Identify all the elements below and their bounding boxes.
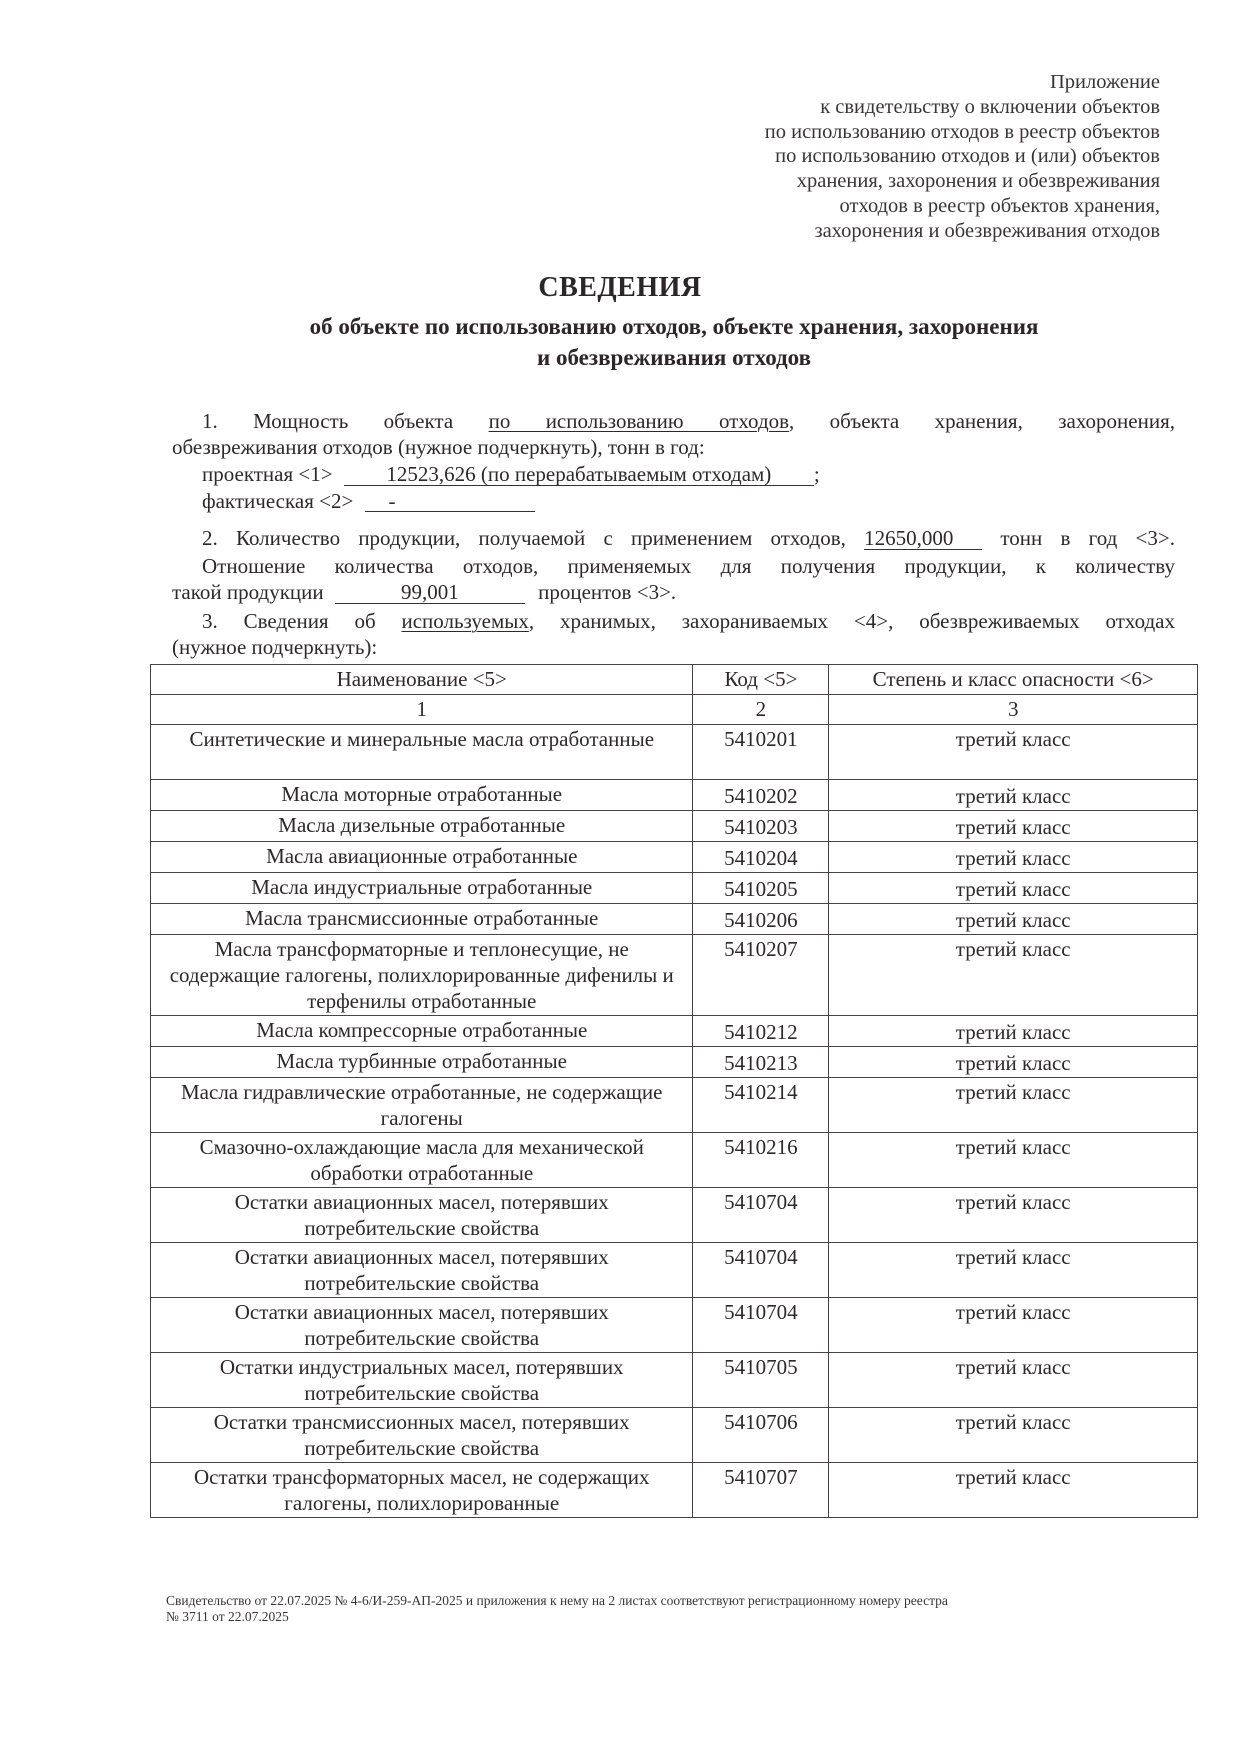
waste-name-cell: Остатки авиационных масел, потерявших по…: [151, 1298, 693, 1353]
waste-name-cell: Масла гидравлические отработанные, не со…: [151, 1078, 693, 1133]
table-row: Масла моторные отработанные5410202третий…: [151, 780, 1198, 811]
design-capacity-label: проектная <1>: [202, 462, 333, 486]
waste-name-cell: Масла трансмиссионные отработанные: [151, 904, 693, 935]
hazard-class-cell: третий класс: [829, 1408, 1198, 1463]
waste-code-cell: 5410201: [693, 725, 829, 780]
hazard-class-cell: третий класс: [829, 1188, 1198, 1243]
table-row: Остатки авиационных масел, потерявших по…: [151, 1298, 1198, 1353]
hazard-class-cell: третий класс: [829, 1047, 1198, 1078]
waste-name-cell: Масла моторные отработанные: [151, 780, 693, 811]
ratio-line1: Отношение количества отходов, применяемы…: [202, 554, 1175, 579]
table-row: Смазочно-охлаждающие масла для механичес…: [151, 1133, 1198, 1188]
table-row: Остатки авиационных масел, потерявших по…: [151, 1188, 1198, 1243]
section2-line1: 2. Количество продукции, получаемой с пр…: [202, 526, 1175, 551]
waste-code-cell: 5410704: [693, 1188, 829, 1243]
product-quantity-value: 12650,000: [864, 526, 953, 550]
hazard-class-cell: третий класс: [829, 1133, 1198, 1188]
hazard-class-cell: третий класс: [829, 725, 1198, 780]
hazard-class-cell: третий класс: [829, 1016, 1198, 1047]
table-row: Остатки индустриальных масел, потерявших…: [151, 1353, 1198, 1408]
waste-name-cell: Остатки трансмиссионных масел, потерявши…: [151, 1408, 693, 1463]
waste-name-cell: Синтетические и минеральные масла отрабо…: [151, 725, 693, 780]
product-quantity-field: 12650,000: [864, 526, 982, 550]
table-row: Остатки трансформаторных масел, не содер…: [151, 1463, 1198, 1518]
design-capacity-line: проектная <1> 12523,626 (по перерабатыва…: [202, 462, 1205, 487]
annex-line: хранения, захоронения и обезвреживания: [765, 169, 1160, 194]
table-header-row: Наименование <5> Код <5> Степень и класс…: [151, 665, 1198, 695]
ratio-field: 99,001: [335, 580, 525, 604]
waste-name-cell: Масла авиационные отработанные: [151, 842, 693, 873]
table-row: Масла компрессорные отработанные5410212т…: [151, 1016, 1198, 1047]
hazard-class-cell: третий класс: [829, 780, 1198, 811]
hazard-class-cell: третий класс: [829, 811, 1198, 842]
waste-code-cell: 5410706: [693, 1408, 829, 1463]
header-hazard: Степень и класс опасности <6>: [829, 665, 1198, 695]
actual-capacity-value: -: [389, 489, 396, 513]
waste-name-cell: Остатки авиационных масел, потерявших по…: [151, 1243, 693, 1298]
document-page: Приложение к свидетельству о включении о…: [0, 0, 1240, 1753]
waste-name-cell: Масла турбинные отработанные: [151, 1047, 693, 1078]
waste-name-cell: Остатки индустриальных масел, потерявших…: [151, 1353, 693, 1408]
design-capacity-end: ;: [814, 462, 820, 486]
waste-code-cell: 5410704: [693, 1243, 829, 1298]
document-title: СВЕДЕНИЯ: [0, 272, 1240, 304]
annex-line: Приложение: [765, 70, 1160, 95]
annex-line: захоронения и обезвреживания отходов: [765, 219, 1160, 244]
hazard-class-cell: третий класс: [829, 1298, 1198, 1353]
waste-code-cell: 5410214: [693, 1078, 829, 1133]
waste-code-cell: 5410204: [693, 842, 829, 873]
section3-suffix: , хранимых, захораниваемых <4>, обезвреж…: [529, 609, 1175, 633]
table-row: Масла турбинные отработанные5410213трети…: [151, 1047, 1198, 1078]
annex-line: по использованию отходов и (или) объекто…: [765, 144, 1160, 169]
waste-table: Наименование <5> Код <5> Степень и класс…: [150, 664, 1198, 1518]
footer-line2: № 3711 от 22.07.2025: [166, 1609, 1166, 1625]
column-number: 1: [151, 695, 693, 725]
waste-name-cell: Смазочно-охлаждающие масла для механичес…: [151, 1133, 693, 1188]
ratio-prefix: такой продукции: [172, 580, 324, 604]
ratio-line2: такой продукции 99,001 процентов <3>.: [172, 580, 1175, 605]
waste-code-cell: 5410202: [693, 780, 829, 811]
hazard-class-cell: третий класс: [829, 873, 1198, 904]
table-column-numbers-row: 1 2 3: [151, 695, 1198, 725]
section3-underlined-option: используемых: [401, 609, 528, 633]
ratio-text: Отношение количества отходов, применяемы…: [202, 554, 1175, 579]
ratio-suffix: процентов <3>.: [538, 580, 676, 604]
section1-underlined-option: по использованию отходов: [489, 409, 789, 433]
footer-line1: Свидетельство от 22.07.2025 № 4-6/И-259-…: [166, 1593, 1166, 1609]
waste-name-cell: Масла индустриальные отработанные: [151, 873, 693, 904]
hazard-class-cell: третий класс: [829, 935, 1198, 1016]
table-row: Масла дизельные отработанные5410203трети…: [151, 811, 1198, 842]
document-subtitle-line2: и обезвреживания отходов: [54, 345, 1240, 371]
section2-suffix: тонн в год <3>.: [1000, 526, 1175, 550]
header-code: Код <5>: [693, 665, 829, 695]
annex-line: к свидетельству о включении объектов: [765, 95, 1160, 120]
hazard-class-cell: третий класс: [829, 904, 1198, 935]
table-row: Остатки авиационных масел, потерявших по…: [151, 1243, 1198, 1298]
waste-code-cell: 5410207: [693, 935, 829, 1016]
actual-capacity-label: фактическая <2>: [202, 489, 353, 513]
ratio-value: 99,001: [401, 580, 459, 604]
table-row: Масла трансформаторные и теплонесущие, н…: [151, 935, 1198, 1016]
section3-prefix: 3. Сведения об: [202, 609, 401, 633]
header-name: Наименование <5>: [151, 665, 693, 695]
design-capacity-value: 12523,626 (по перерабатываемым отходам): [386, 462, 771, 486]
section1-line2: обезвреживания отходов (нужное подчеркну…: [172, 435, 1175, 460]
waste-name-cell: Остатки трансформаторных масел, не содер…: [151, 1463, 693, 1518]
actual-capacity-field: -: [365, 489, 535, 512]
table-row: Синтетические и минеральные масла отрабо…: [151, 725, 1198, 780]
waste-name-cell: Масла дизельные отработанные: [151, 811, 693, 842]
waste-code-cell: 5410206: [693, 904, 829, 935]
table-row: Масла индустриальные отработанные5410205…: [151, 873, 1198, 904]
section1-line1: 1. Мощность объекта по использованию отх…: [202, 409, 1175, 434]
annex-header: Приложение к свидетельству о включении о…: [765, 70, 1160, 244]
hazard-class-cell: третий класс: [829, 1353, 1198, 1408]
section3-line1: 3. Сведения об используемых, хранимых, з…: [202, 609, 1175, 634]
section1-prefix: 1. Мощность объекта: [202, 409, 489, 433]
table-row: Остатки трансмиссионных масел, потерявши…: [151, 1408, 1198, 1463]
annex-line: по использованию отходов в реестр объект…: [765, 120, 1160, 145]
waste-code-cell: 5410203: [693, 811, 829, 842]
waste-code-cell: 5410707: [693, 1463, 829, 1518]
table-row: Масла трансмиссионные отработанные541020…: [151, 904, 1198, 935]
waste-code-cell: 5410205: [693, 873, 829, 904]
hazard-class-cell: третий класс: [829, 842, 1198, 873]
column-number: 2: [693, 695, 829, 725]
table-row: Масла гидравлические отработанные, не со…: [151, 1078, 1198, 1133]
section1-suffix: , объекта хранения, захоронения,: [789, 409, 1175, 433]
waste-name-cell: Масла трансформаторные и теплонесущие, н…: [151, 935, 693, 1016]
section3-line2: (нужное подчеркнуть):: [172, 635, 1175, 660]
hazard-class-cell: третий класс: [829, 1463, 1198, 1518]
annex-line: отходов в реестр объектов хранения,: [765, 194, 1160, 219]
waste-code-cell: 5410704: [693, 1298, 829, 1353]
actual-capacity-line: фактическая <2> -: [202, 489, 1205, 514]
hazard-class-cell: третий класс: [829, 1243, 1198, 1298]
waste-code-cell: 5410216: [693, 1133, 829, 1188]
section2-prefix: 2. Количество продукции, получаемой с пр…: [202, 526, 846, 550]
waste-code-cell: 5410705: [693, 1353, 829, 1408]
waste-code-cell: 5410212: [693, 1016, 829, 1047]
hazard-class-cell: третий класс: [829, 1078, 1198, 1133]
waste-name-cell: Остатки авиационных масел, потерявших по…: [151, 1188, 693, 1243]
waste-name-cell: Масла компрессорные отработанные: [151, 1016, 693, 1047]
registry-footer: Свидетельство от 22.07.2025 № 4-6/И-259-…: [166, 1593, 1166, 1625]
document-subtitle-line1: об объекте по использованию отходов, объ…: [54, 314, 1240, 340]
table-row: Масла авиационные отработанные5410204тре…: [151, 842, 1198, 873]
column-number: 3: [829, 695, 1198, 725]
design-capacity-field: 12523,626 (по перерабатываемым отходам): [344, 462, 814, 486]
waste-code-cell: 5410213: [693, 1047, 829, 1078]
